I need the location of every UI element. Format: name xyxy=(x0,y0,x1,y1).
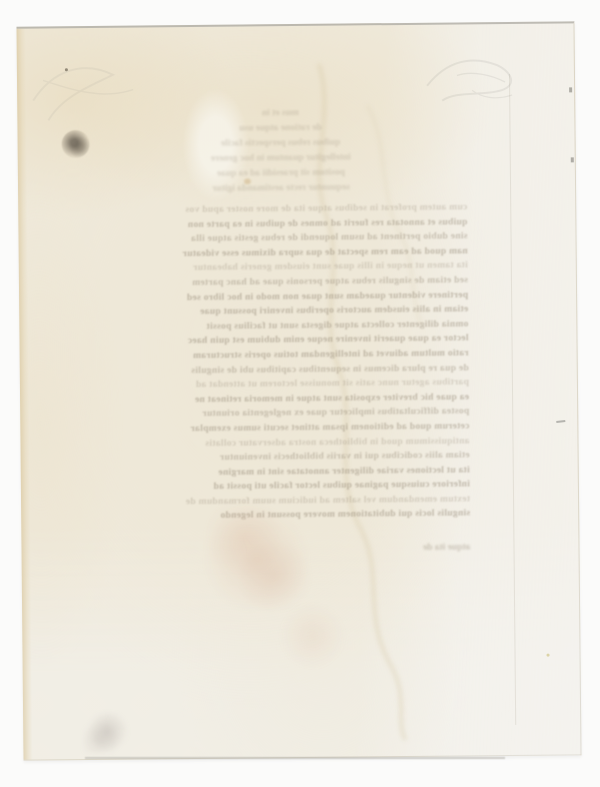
bleed-through-heading-block: mus et inde ratione atque usuquibus rebu… xyxy=(94,104,467,198)
ink-blot xyxy=(61,130,89,158)
fold-line xyxy=(509,74,516,725)
ink-fleck xyxy=(65,68,68,71)
paper-fore-edge xyxy=(17,29,33,760)
edge-nick-mark xyxy=(569,87,572,92)
yellow-fleck xyxy=(547,654,550,657)
sheet-bottom-shadow xyxy=(85,757,505,759)
foxing-stain-small xyxy=(277,601,348,672)
margin-dash-mark xyxy=(556,420,565,423)
ghost-text-line: sequuntur recte aestimanda igitur xyxy=(95,179,467,198)
bleed-through-text-block: cum autem proferat in sedibus atque ita … xyxy=(95,200,470,525)
scanner-bed: mus et inde ratione atque usuquibus rebu… xyxy=(0,0,600,787)
tan-spot xyxy=(244,178,251,184)
edge-nick-mark xyxy=(571,157,574,162)
paper-sheet: mus et inde ratione atque usuquibus rebu… xyxy=(16,21,581,760)
foxing-stain-lower xyxy=(201,496,312,612)
smudge-bottom-left xyxy=(83,713,128,753)
